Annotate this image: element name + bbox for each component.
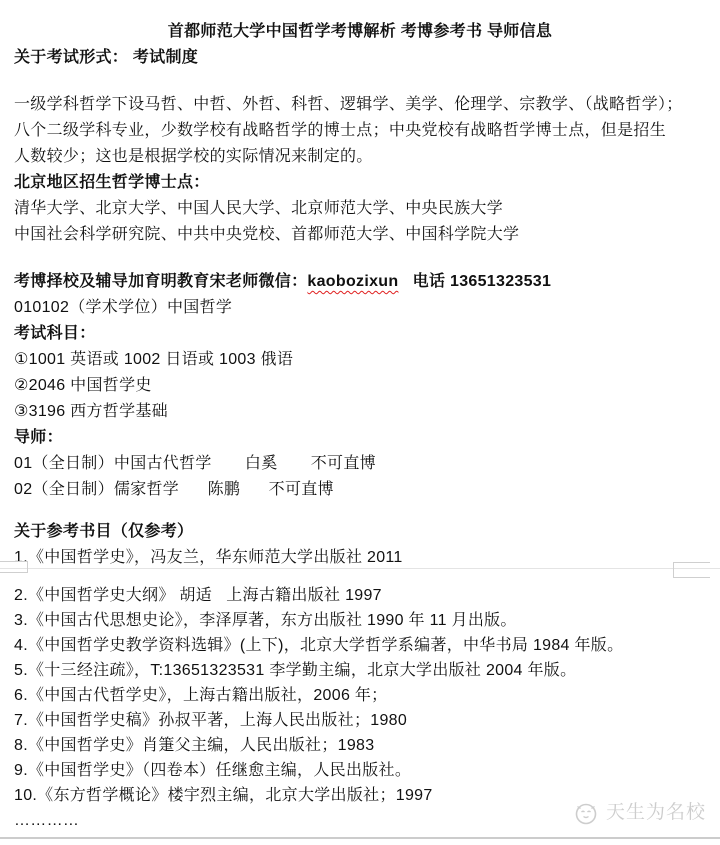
book-item: 5.《十三经注疏》，T:13651323531 李学勤主编，北京大学出版社 20… [14, 658, 706, 683]
book-item: 7.《中国哲学史稿》孙叔平著，上海人民出版社；1980 [14, 708, 706, 733]
beijing-heading: 北京地区招生哲学博士点： [14, 170, 706, 196]
document-content: 首都师范大学中国哲学考博解析 考博参考书 导师信息 关于考试形式： 考试制度 一… [0, 0, 720, 833]
books-page-2: 2.《中国哲学史大纲》 胡适 上海古籍出版社 1997 3.《中国古代思想史论》… [14, 583, 706, 833]
page-break-right-mark [673, 562, 710, 578]
tutor-item: 02（全日制）儒家哲学 陈鹏 不可直博 [14, 477, 706, 503]
book-item: 2.《中国哲学史大纲》 胡适 上海古籍出版社 1997 [14, 583, 706, 608]
intro-line-2: 八个二级学科专业，少数学校有战略哲学的博士点；中央党校有战略哲学博士点，但是招生 [14, 118, 706, 144]
subject-item: ②2046 中国哲学史 [14, 373, 706, 399]
doc-title: 首都师范大学中国哲学考博解析 考博参考书 导师信息 [14, 19, 706, 45]
intro-line-3: 人数较少；这也是根据学校的实际情况来制定的。 [14, 144, 706, 170]
program-code: 010102（学术学位）中国哲学 [14, 295, 706, 321]
wechat-id: kaobozixun [307, 273, 398, 290]
book-item: 8.《中国哲学史》肖箑父主编，人民出版社；1983 [14, 733, 706, 758]
watermark: 天生为名校 [573, 800, 706, 826]
bottom-rule [0, 837, 720, 839]
book-item: 9.《中国哲学史》（四卷本）任继愈主编，人民出版社。 [14, 758, 706, 783]
contact-line: 考博择校及辅导加育明教育宋老师微信：kaobozixun 电话 13651323… [14, 269, 706, 295]
contact-prefix: 考博择校及辅导加育明教育宋老师微信： [14, 273, 307, 290]
phone-number: 电话 13651323531 [398, 273, 551, 290]
intro-line-1: 一级学科哲学下设马哲、中哲、外哲、科哲、逻辑学、美学、伦理学、宗教学、（战略哲学… [14, 92, 706, 118]
beijing-universities-line-1: 清华大学、北京大学、中国人民大学、北京师范大学、中央民族大学 [14, 196, 706, 222]
page-break-left-mark [0, 561, 28, 573]
subject-item: ③3196 西方哲学基础 [14, 399, 706, 425]
exam-form-heading: 关于考试形式： 考试制度 [14, 45, 706, 71]
watermark-face-icon [573, 800, 599, 826]
watermark-label: 天生为名校 [606, 800, 706, 826]
document-page: 首都师范大学中国哲学考博解析 考博参考书 导师信息 关于考试形式： 考试制度 一… [0, 0, 720, 845]
book-item: 4.《中国哲学史教学资料选辑》(上下)，北京大学哲学系编著，中华书局 1984 … [14, 633, 706, 658]
tutors-heading: 导师： [14, 425, 706, 451]
book-item: 6.《中国古代哲学史》，上海古籍出版社，2006 年； [14, 683, 706, 708]
beijing-universities-line-2: 中国社会科学研究院、中共中央党校、首都师范大学、中国科学院大学 [14, 222, 706, 248]
subject-item: ①1001 英语或 1002 日语或 1003 俄语 [14, 347, 706, 373]
page-break-line [0, 568, 720, 569]
books-heading: 关于参考书目（仅参考） [14, 519, 706, 545]
tutor-item: 01（全日制）中国古代哲学 白奚 不可直博 [14, 451, 706, 477]
book-item: 3.《中国古代思想史论》，李泽厚著，东方出版社 1990 年 11 月出版。 [14, 608, 706, 633]
subjects-heading: 考试科目： [14, 321, 706, 347]
page-break-divider [0, 571, 720, 583]
